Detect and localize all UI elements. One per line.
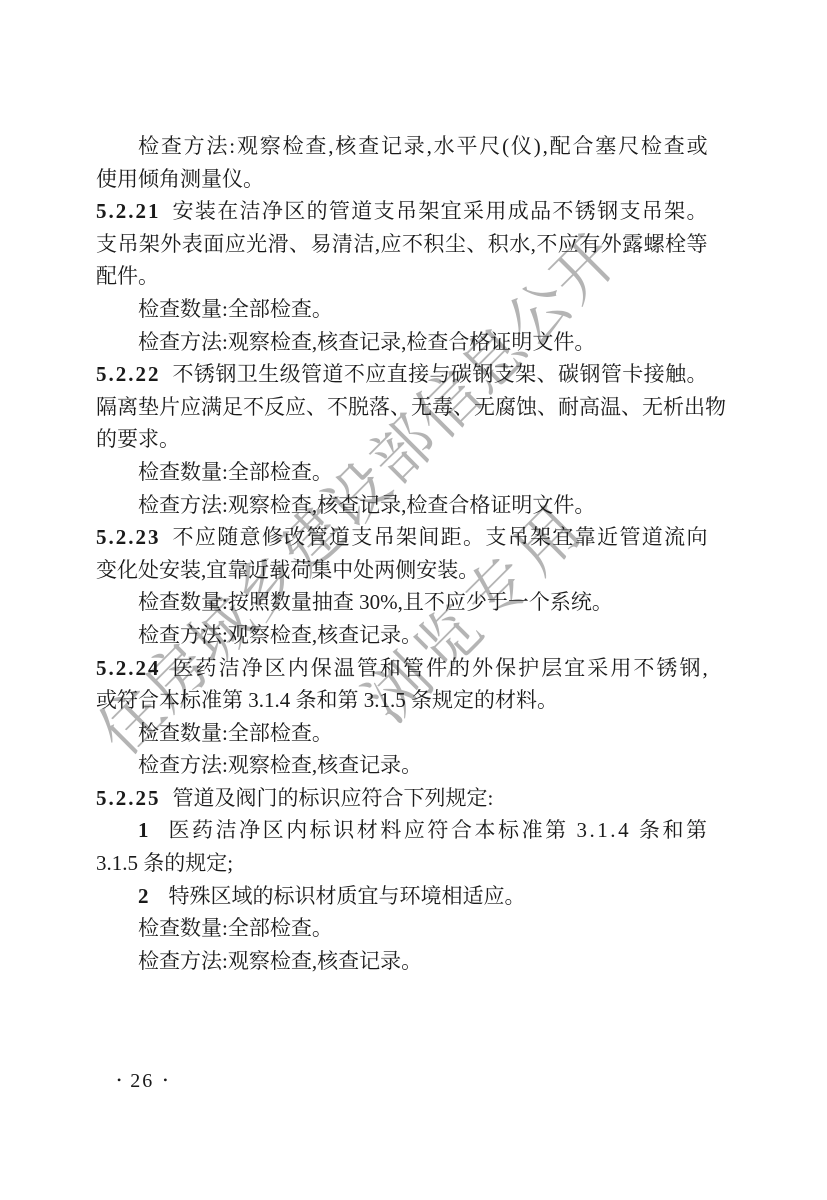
- text-line: 5.2.23不应随意修改管道支吊架间距。支吊架宜靠近管道流向: [96, 521, 708, 554]
- text-line: 检查数量:全部检查。: [96, 717, 708, 750]
- line-text: 检查方法:观察检查,核查记录。: [138, 949, 422, 973]
- text-line: 检查方法:观察检查,核查记录,水平尺(仪),配合塞尺检查或: [96, 130, 708, 163]
- page-number: 26: [130, 1070, 154, 1092]
- document-page: 住房城乡建设部信息公开 浏览专用 检查方法:观察检查,核查记录,水平尺(仪),配…: [0, 0, 827, 1200]
- line-text: 特殊区域的标识材质宜与环境相适应。: [169, 884, 526, 908]
- line-text: 管道及阀门的标识应符合下列规定:: [173, 786, 494, 810]
- clause-number: 5.2.22: [96, 362, 161, 386]
- clause-number: 5.2.24: [96, 656, 161, 680]
- line-text: 或符合本标准第 3.1.4 条和第 3.1.5 条规定的材料。: [96, 688, 558, 712]
- text-line: 3.1.5 条的规定;: [96, 847, 708, 880]
- text-line: 变化处安装,宜靠近载荷集中处两侧安装。: [96, 554, 708, 587]
- text-line: 1医药洁净区内标识材料应符合本标准第 3.1.4 条和第: [96, 814, 708, 847]
- text-line: 2特殊区域的标识材质宜与环境相适应。: [96, 880, 708, 913]
- line-text: 隔离垫片应满足不反应、不脱落、无毒、无腐蚀、耐高温、无析出物: [96, 395, 726, 419]
- line-text: 检查数量:按照数量抽查 30%,且不应少于一个系统。: [138, 590, 613, 614]
- text-line: 检查方法:观察检查,核查记录。: [96, 619, 708, 652]
- line-text: 配件。: [96, 264, 159, 288]
- line-text: 使用倾角测量仪。: [96, 167, 264, 191]
- text-line: 5.2.24医药洁净区内保温管和管件的外保护层宜采用不锈钢,: [96, 652, 708, 685]
- line-text: 支吊架外表面应光滑、易清洁,应不积尘、积水,不应有外露螺栓等: [96, 232, 708, 256]
- text-line: 的要求。: [96, 423, 708, 456]
- text-line: 检查方法:观察检查,核查记录,检查合格证明文件。: [96, 326, 708, 359]
- text-line: 支吊架外表面应光滑、易清洁,应不积尘、积水,不应有外露螺栓等: [96, 228, 708, 261]
- text-line: 5.2.22不锈钢卫生级管道不应直接与碳钢支架、碳钢管卡接触。: [96, 358, 708, 391]
- text-line: 检查方法:观察检查,核查记录,检查合格证明文件。: [96, 489, 708, 522]
- line-text: 检查数量:全部检查。: [138, 721, 333, 745]
- text-line: 检查方法:观察检查,核查记录。: [96, 945, 708, 978]
- text-line: 检查数量:全部检查。: [96, 456, 708, 489]
- footer-right-dot: •: [154, 1073, 176, 1087]
- text-column: 检查方法:观察检查,核查记录,水平尺(仪),配合塞尺检查或使用倾角测量仪。5.2…: [96, 130, 708, 977]
- text-line: 检查数量:全部检查。: [96, 912, 708, 945]
- line-text: 安装在洁净区的管道支吊架宜采用成品不锈钢支吊架。: [173, 199, 709, 223]
- text-line: 或符合本标准第 3.1.4 条和第 3.1.5 条规定的材料。: [96, 684, 708, 717]
- line-text: 检查数量:全部检查。: [138, 297, 333, 321]
- line-text: 检查数量:全部检查。: [138, 916, 333, 940]
- line-text: 检查方法:观察检查,核查记录,检查合格证明文件。: [138, 493, 595, 517]
- clause-number: 5.2.21: [96, 199, 161, 223]
- line-text: 检查方法:观察检查,核查记录,水平尺(仪),配合塞尺检查或: [138, 134, 709, 158]
- line-text: 检查方法:观察检查,核查记录,检查合格证明文件。: [138, 330, 595, 354]
- text-line: 检查数量:按照数量抽查 30%,且不应少于一个系统。: [96, 586, 708, 619]
- text-line: 隔离垫片应满足不反应、不脱落、无毒、无腐蚀、耐高温、无析出物: [96, 391, 708, 424]
- line-text: 检查方法:观察检查,核查记录。: [138, 623, 422, 647]
- text-line: 使用倾角测量仪。: [96, 163, 708, 196]
- line-text: 检查方法:观察检查,核查记录。: [138, 753, 422, 777]
- line-text: 3.1.5 条的规定;: [96, 851, 233, 875]
- line-text: 检查数量:全部检查。: [138, 460, 333, 484]
- line-text: 医药洁净区内保温管和管件的外保护层宜采用不锈钢,: [173, 656, 710, 680]
- text-line: 5.2.21安装在洁净区的管道支吊架宜采用成品不锈钢支吊架。: [96, 195, 708, 228]
- clause-number: 5.2.25: [96, 786, 161, 810]
- text-line: 检查数量:全部检查。: [96, 293, 708, 326]
- clause-number: 2: [138, 884, 149, 908]
- line-text: 不应随意修改管道支吊架间距。支吊架宜靠近管道流向: [173, 525, 709, 549]
- line-text: 的要求。: [96, 427, 180, 451]
- line-text: 不锈钢卫生级管道不应直接与碳钢支架、碳钢管卡接触。: [173, 362, 708, 386]
- clause-number: 5.2.23: [96, 525, 161, 549]
- footer-left-dot: •: [108, 1073, 130, 1087]
- page-footer: •26•: [108, 1068, 176, 1093]
- text-line: 检查方法:观察检查,核查记录。: [96, 749, 708, 782]
- text-line: 配件。: [96, 260, 708, 293]
- clause-number: 1: [138, 818, 149, 842]
- text-line: 5.2.25管道及阀门的标识应符合下列规定:: [96, 782, 708, 815]
- line-text: 医药洁净区内标识材料应符合本标准第 3.1.4 条和第: [169, 818, 710, 842]
- line-text: 变化处安装,宜靠近载荷集中处两侧安装。: [96, 558, 479, 582]
